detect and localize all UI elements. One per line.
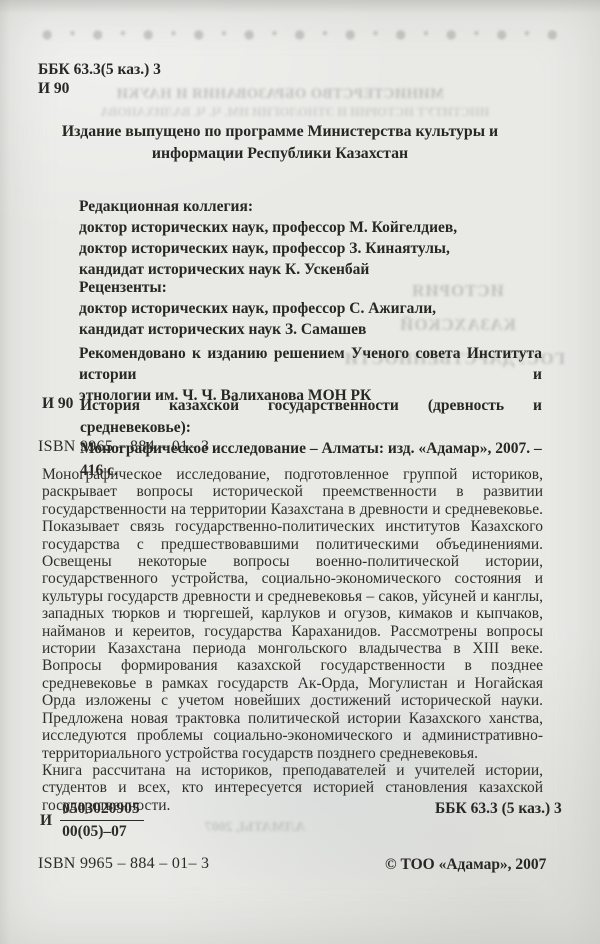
index-fraction: 0503020905 00(05)–07 [60,800,144,841]
author-index-code: И 90 [38,79,161,98]
reviewer-member: доктор исторических наук, профессор С. А… [79,298,436,319]
catalog-index-fraction: И 0503020905 00(05)–07 [40,800,144,841]
copyright-notice: © ТОО «Адамар», 2007 [385,856,546,874]
program-note-line: Издание выпущено по программе Министерст… [40,121,520,143]
index-numerator: 0503020905 [60,800,144,821]
isbn-top: ISBN 9965 – 884 – 01– 3 [38,438,209,456]
bbk-code: ББК 63.3(5 каз.) 3 [38,60,161,79]
index-letter: И [40,812,52,830]
editorial-board-block: Редакционная коллегия: доктор историческ… [79,196,457,280]
index-denominator: 00(05)–07 [60,821,144,841]
annotation-paragraph: Монографическое исследование, подготовле… [42,466,543,762]
publisher-program-note: Издание выпущено по программе Министерст… [40,121,520,164]
annotation-text: Монографическое исследование, подготовле… [42,466,543,814]
isbn-bottom: ISBN 9965 – 884 – 01– 3 [38,855,209,873]
editorial-board-member: доктор исторических наук, профессор З. К… [79,238,457,259]
editorial-board-member: доктор исторических наук, профессор М. К… [79,217,457,238]
bbk-classification-bottom: ББК 63.3 (5 каз.) 3 [435,800,562,818]
catalog-index-code: И 90 [42,395,73,413]
catalog-entry-line: История казахской государственности (дре… [80,395,542,438]
reviewer-member: кандидат исторических наук З. Самашев [79,319,436,340]
reviewers-heading: Рецензенты: [79,277,436,298]
reviewers-block: Рецензенты: доктор исторических наук, пр… [79,277,436,340]
bbk-classification-top: ББК 63.3(5 каз.) 3 И 90 [38,60,161,98]
program-note-line: информации Республики Казахстан [40,143,520,165]
scanned-book-copyright-page: ● • ● • ● • ● • ● • ● • ● • ● • ● • ● • … [0,0,600,944]
editorial-board-heading: Редакционная коллегия: [79,196,457,217]
recommendation-line: Рекомендовано к изданию решением Ученого… [79,343,542,385]
printed-content: ББК 63.3(5 каз.) 3 И 90 Издание выпущено… [0,0,600,944]
